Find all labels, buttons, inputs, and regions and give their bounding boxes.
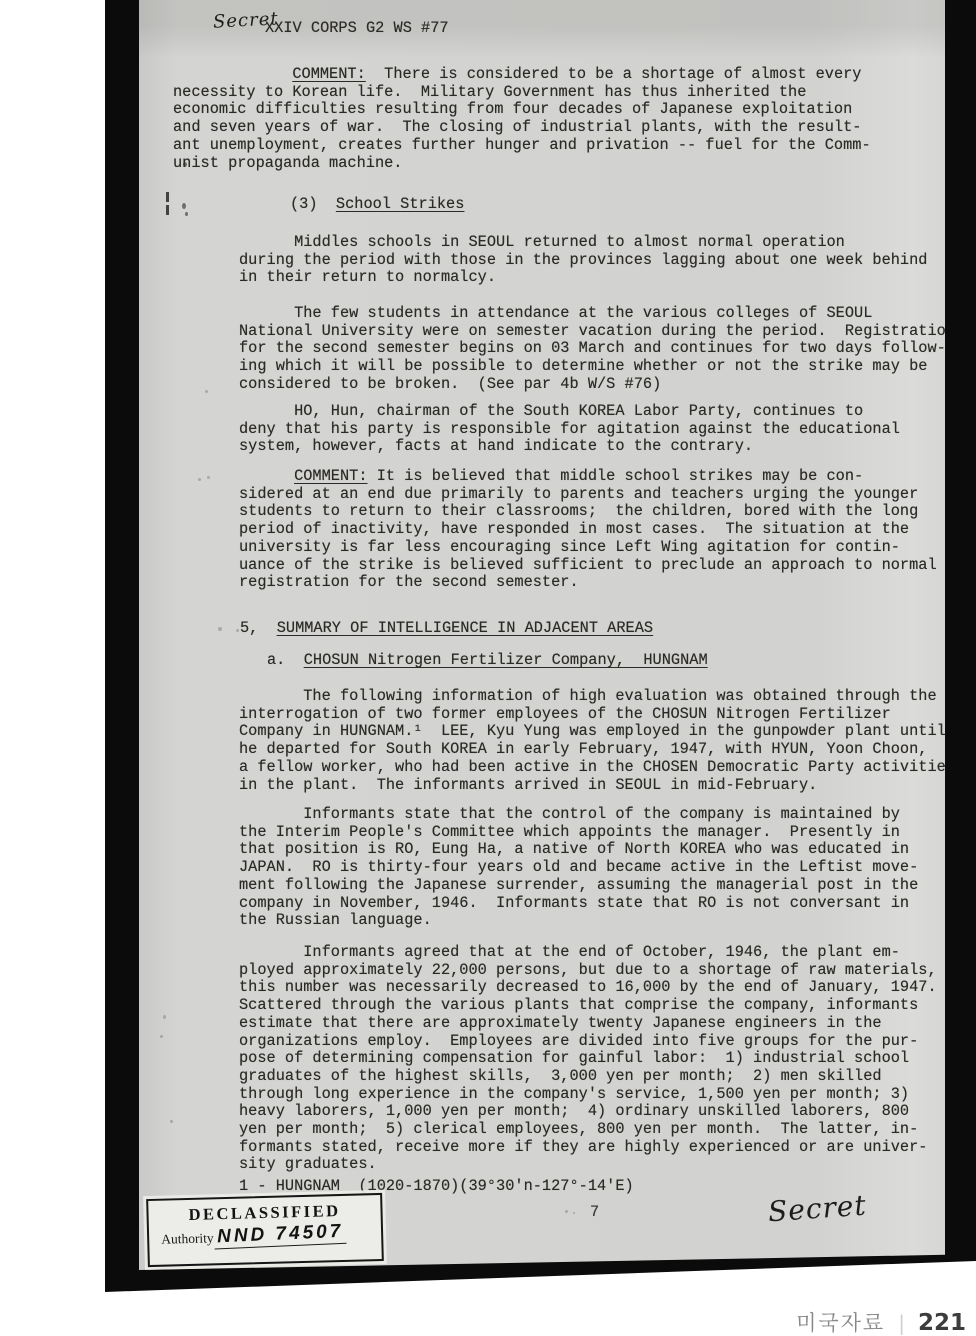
paper-speck [163,1015,166,1019]
paragraph-colleges: The few students in attendance at the va… [239,305,945,394]
paragraph-comment-strikes: COMMENT: It is believed that middle scho… [239,468,937,592]
paper-speck [573,1212,575,1214]
paragraph-informants-intro: The following information of high evalua… [239,688,945,794]
heading-chosun-fertilizer: a. CHOSUN Nitrogen Fertilizer Company, H… [267,652,708,670]
paper-mark [166,192,169,202]
paragraph-comment-economy: COMMENT: There is considered to be a sho… [173,66,871,172]
paper-speck [198,478,201,481]
declassified-stamp: DECLASSIFIED AuthorityNND 74507 [146,1193,384,1267]
stamp-authority-label: Authority [161,1230,214,1246]
paragraph-employment: Informants agreed that at the end of Oct… [239,944,937,1174]
handwritten-secret-bottom: Secret [767,1189,868,1229]
paper-speck [207,476,210,479]
heading-school-strikes: (3) School Strikes [290,196,464,214]
heading-summary-adjacent-areas: 5, SUMMARY OF INTELLIGENCE IN ADJACENT A… [240,620,653,638]
paragraph-company-control: Informants state that the control of the… [239,806,918,930]
paper-speck [565,1210,568,1213]
page-number: 7 [590,1204,599,1222]
document-header: XXIV CORPS G2 WS #77 [265,20,449,38]
footnote-hungnam: 1 - HUNGNAM (1020-1870)(39°30'n-127°-14'… [239,1178,634,1196]
paper-speck [182,203,186,209]
paragraph-middle-schools: Middles schools in SEOUL returned to alm… [239,234,927,287]
stamp-authority-handwritten: NND 74507 [213,1221,346,1250]
paper-speck [160,1035,163,1038]
book-page-number: 221 [918,1310,966,1336]
paper-speck [218,627,222,631]
paper-speck [205,390,208,393]
paper-speck [185,212,188,216]
book-footer: 미국자료 | 221 [796,1307,966,1336]
book-footer-source-label: 미국자료 [796,1307,885,1336]
paragraph-ho-hun: HO, Hun, chairman of the South KOREA Lab… [239,403,900,456]
scanned-document-photo: Secret XXIV CORPS G2 WS #77 COMMENT: The… [105,0,976,1292]
paper-speck [236,629,239,632]
book-footer-separator: | [898,1311,905,1335]
document-paper: Secret XXIV CORPS G2 WS #77 COMMENT: The… [139,0,945,1270]
paper-speck [170,1120,173,1123]
